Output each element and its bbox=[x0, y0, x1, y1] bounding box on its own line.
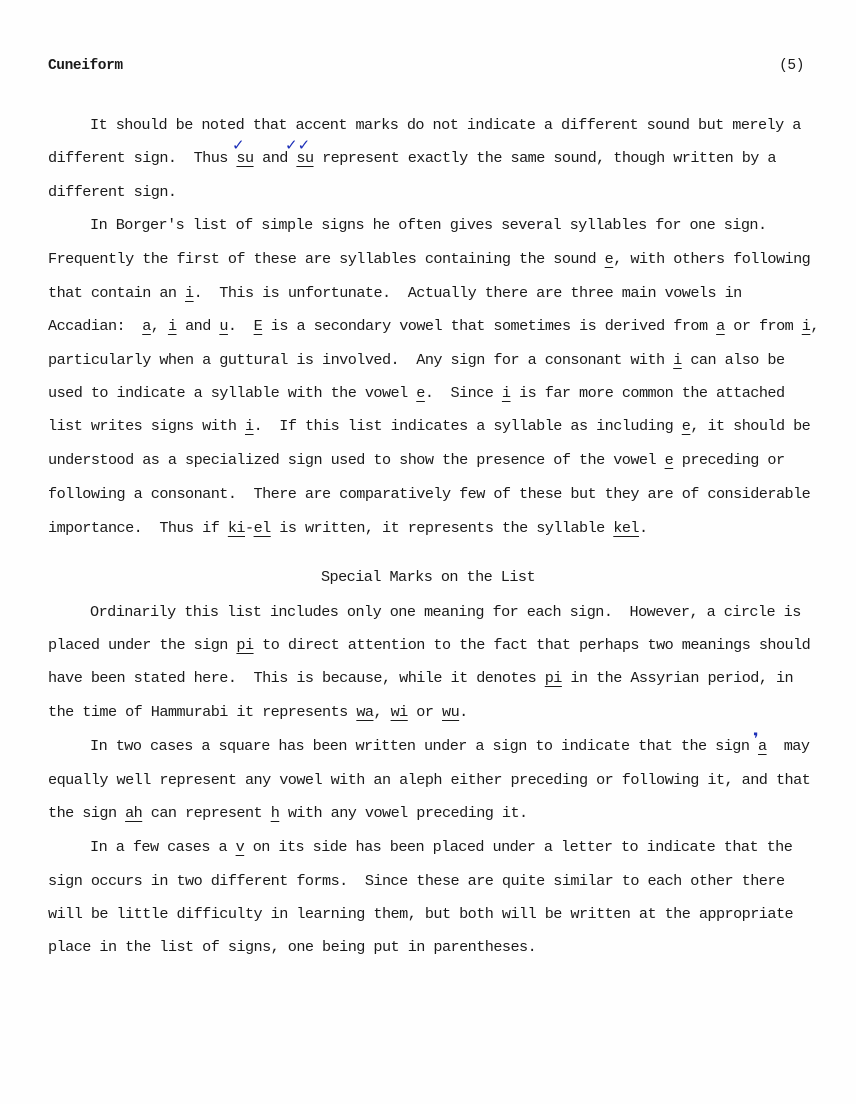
text-line: will be little difficulty in learning th… bbox=[48, 904, 793, 924]
text-line: different sign. bbox=[48, 182, 176, 202]
text-line: importance. Thus if ki-el is written, it… bbox=[48, 518, 648, 538]
text-line: that contain an i. This is unfortunate. … bbox=[48, 283, 742, 303]
aleph-mark-icon: ❜ bbox=[753, 729, 759, 748]
text-line: used to indicate a syllable with the vow… bbox=[48, 383, 785, 403]
text-line: list writes signs with i. If this list i… bbox=[48, 416, 810, 436]
text-line: following a consonant. There are compara… bbox=[48, 484, 810, 504]
text-line: place in the list of signs, one being pu… bbox=[48, 937, 536, 957]
text-line: the time of Hammurabi it represents wa, … bbox=[48, 702, 468, 722]
text-line: the sign ah can represent h with any vow… bbox=[48, 803, 528, 823]
running-title: Cuneiform bbox=[48, 58, 123, 74]
text-line: understood as a specialized sign used to… bbox=[48, 450, 785, 470]
text-line: Accadian: a, i and u. E is a secondary v… bbox=[48, 316, 819, 336]
text-line: Frequently the first of these are syllab… bbox=[48, 249, 810, 269]
text-line: sign occurs in two different forms. Sinc… bbox=[48, 871, 785, 891]
text-line: In a few cases a v on its side has been … bbox=[90, 837, 792, 857]
text-line: particularly when a guttural is involved… bbox=[48, 350, 785, 370]
text-line: placed under the sign pi to direct atten… bbox=[48, 635, 810, 655]
text-line: It should be noted that accent marks do … bbox=[90, 115, 801, 135]
text-line: Ordinarily this list includes only one m… bbox=[90, 602, 801, 622]
section-heading: Special Marks on the List bbox=[0, 568, 856, 586]
page-header: Cuneiform (5) bbox=[48, 58, 804, 80]
text-line: equally well represent any vowel with an… bbox=[48, 770, 810, 790]
check-mark-icon: ✓ bbox=[232, 136, 245, 154]
text-line: different sign. Thus su and su represent… bbox=[48, 148, 776, 168]
text-line: have been stated here. This is because, … bbox=[48, 668, 793, 688]
text-line: In two cases a square has been written u… bbox=[90, 736, 809, 756]
text-line: In Borger's list of simple signs he ofte… bbox=[90, 215, 767, 235]
double-check-mark-icon: ✓✓ bbox=[285, 136, 310, 154]
document-page: Cuneiform (5) It should be noted that ac… bbox=[0, 0, 856, 1104]
page-number: (5) bbox=[779, 58, 804, 74]
